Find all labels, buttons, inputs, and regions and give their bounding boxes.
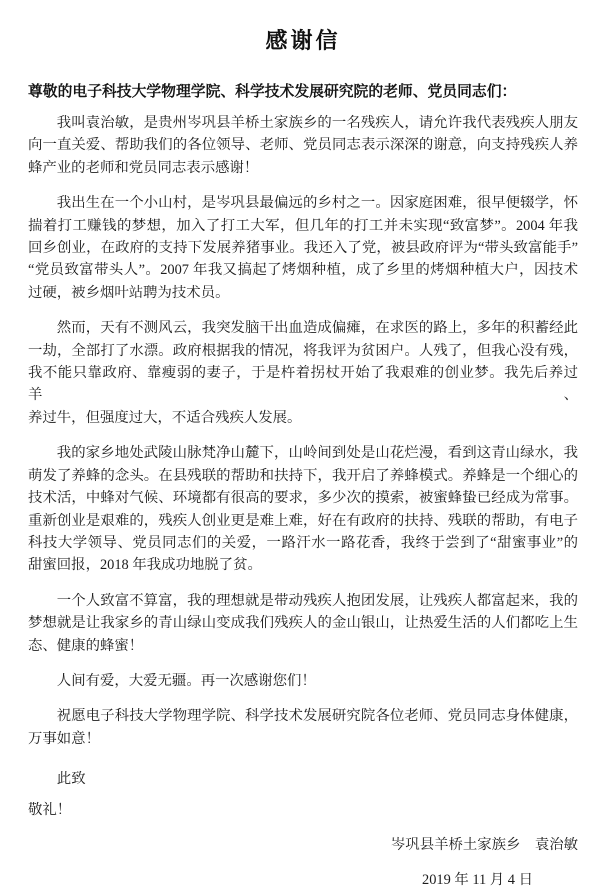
paragraph-line: 我不能只靠政府、靠瘦弱的妻子，于是杵着拐杖开始了我艰难的创业梦。我先后养过羊、 [28,362,578,407]
paragraph: 祝愿电子科技大学物理学院、科学技术发展研究院各位老师、党员同志身体健康，万事如意… [28,705,578,750]
paragraph-line: 然而，天有不测风云，我突发脑干出血造成偏瘫，在求医的路上，多年的积蓄经此 [28,317,578,339]
paragraph-line: 向一直关爱、帮助我们的各位领导、老师、党员同志表示深深的谢意，向支持残疾人养 [28,134,578,156]
paragraph-line: 科技大学领导、党员同志们的关爱，一路汗水一路花香，我终于尝到了“甜蜜事业”的 [28,532,578,554]
paragraph: 一个人致富不算富，我的理想就是带动残疾人抱团发展，让残疾人都富起来，我的梦想就是… [28,590,578,657]
signature: 岑巩县羊桥土家族乡 袁治敏 [28,834,578,856]
paragraph-line: 蜂产业的老师和党员同志表示感谢！ [28,157,578,179]
paragraph: 人间有爱，大爱无疆。再一次感谢您们！ [28,670,578,692]
letter-page: 感谢信 尊敬的电子科技大学物理学院、科学技术发展研究院的老师、党员同志们： 我叫… [0,0,600,893]
paragraph-line: 技术活，中蜂对气候、环境都有很高的要求，多少次的摸索，被蜜蜂蛰已经成为常事。 [28,487,578,509]
closing-jingli: 敬礼！ [28,799,578,821]
paragraph-line: 回乡创业，在政府的支持下发展养猪事业。我还入了党，被县政府评为“带头致富能手” [28,237,578,259]
paragraph-line: 万事如意！ [28,728,578,750]
paragraph-line: 萌发了养蜂的念头。在县残联的帮助和扶持下，我开启了养蜂模式。养蜂是一个细心的 [28,465,578,487]
paragraph-line: 我出生在一个小山村，是岑巩县最偏远的乡村之一。因家庭困难，很早便辍学，怀 [28,192,578,214]
paragraph-line: 态、健康的蜂蜜！ [28,635,578,657]
paragraph-line: 一个人致富不算富，我的理想就是带动残疾人抱团发展，让残疾人都富起来，我的 [28,590,578,612]
paragraph-line: 祝愿电子科技大学物理学院、科学技术发展研究院各位老师、党员同志身体健康， [28,705,578,727]
letter-title: 感谢信 [28,24,578,55]
letter-body: 我叫袁治敏，是贵州岑巩县羊桥土家族乡的一名残疾人，请允许我代表残疾人朋友向一直关… [28,112,578,750]
paragraph-line: 我的家乡地处武陵山脉梵净山麓下，山岭间到处是山花烂漫，看到这青山绿水，我 [28,442,578,464]
paragraph-line: 人间有爱，大爱无疆。再一次感谢您们！ [28,670,578,692]
date: 2019 年 11 月 4 日 [28,869,578,891]
paragraph: 然而，天有不测风云，我突发脑干出血造成偏瘫，在求医的路上，多年的积蓄经此一劫，全… [28,317,578,429]
salutation: 尊敬的电子科技大学物理学院、科学技术发展研究院的老师、党员同志们： [28,81,578,103]
paragraph-line: 梦想就是让我家乡的青山绿山变成我们残疾人的金山银山，让热爱生活的人们都吃上生 [28,612,578,634]
paragraph-line: 养过牛，但强度过大，不适合残疾人发展。 [28,407,578,429]
paragraph-line: 过硬，被乡烟叶站聘为技术员。 [28,282,578,304]
closing-cizhi: 此致 [28,768,578,790]
paragraph-line: “党员致富带头人”。2007 年我又搞起了烤烟种植，成了乡里的烤烟种植大户，因技… [28,259,578,281]
paragraph: 我的家乡地处武陵山脉梵净山麓下，山岭间到处是山花烂漫，看到这青山绿水，我萌发了养… [28,442,578,576]
paragraph: 我出生在一个小山村，是岑巩县最偏远的乡村之一。因家庭困难，很早便辍学，怀揣着打工… [28,192,578,304]
paragraph-line: 重新创业是艰难的，残疾人创业更是难上难，好在有政府的扶持、残联的帮助，有电子 [28,510,578,532]
paragraph-line: 一劫，全部打了水漂。政府根据我的情况，将我评为贫困户。人残了，但我心没有残， [28,340,578,362]
paragraph-line: 我叫袁治敏，是贵州岑巩县羊桥土家族乡的一名残疾人，请允许我代表残疾人朋友 [28,112,578,134]
paragraph-line: 甜蜜回报，2018 年我成功地脱了贫。 [28,554,578,576]
paragraph-line: 揣着打工赚钱的梦想，加入了打工大军，但几年的打工并未实现“致富梦”。2004 年… [28,215,578,237]
paragraph: 我叫袁治敏，是贵州岑巩县羊桥土家族乡的一名残疾人，请允许我代表残疾人朋友向一直关… [28,112,578,179]
